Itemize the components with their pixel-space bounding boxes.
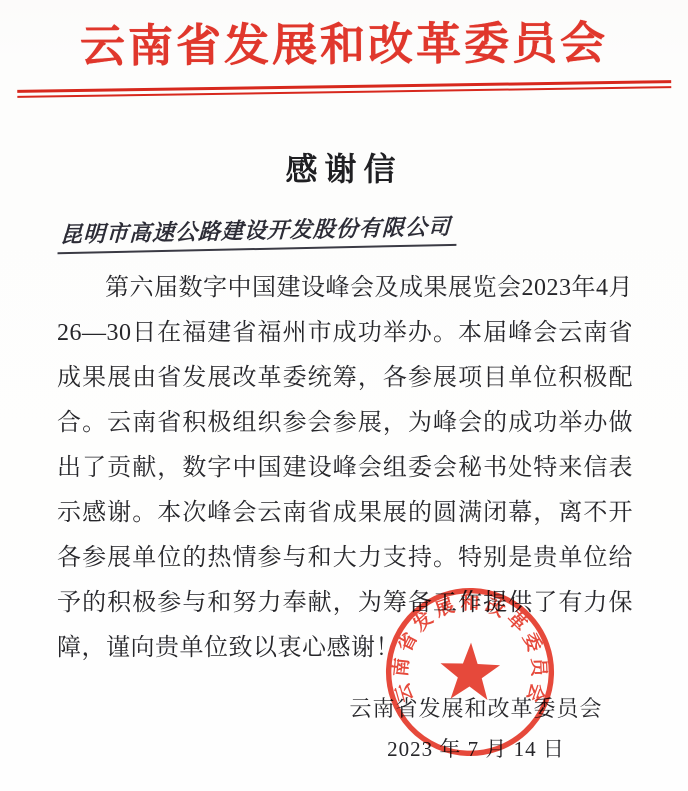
date-line: 2023 年 7 月 14 日 (346, 733, 606, 763)
letterhead-divider (17, 80, 671, 98)
addressee-handwritten: 昆明市高速公路建设开发股份有限公司 (57, 210, 457, 254)
letter-body: 第六届数字中国建设峰会及成果展览会2023年4月26—30日在福建省福州市成功举… (57, 266, 633, 671)
signature-org: 云南省发展和改革委员会 (346, 692, 606, 723)
letter-page: 云南省发展和改革委员会 感谢信 昆明市高速公路建设开发股份有限公司 第六届数字中… (0, 0, 688, 791)
closing-block: 云南省发展和改革委员会 2023 年 7 月 14 日 (346, 692, 606, 763)
letter-title: 感谢信 (0, 144, 688, 190)
letterhead: 云南省发展和改革委员会 (0, 0, 688, 95)
org-title: 云南省发展和改革委员会 (0, 6, 688, 75)
